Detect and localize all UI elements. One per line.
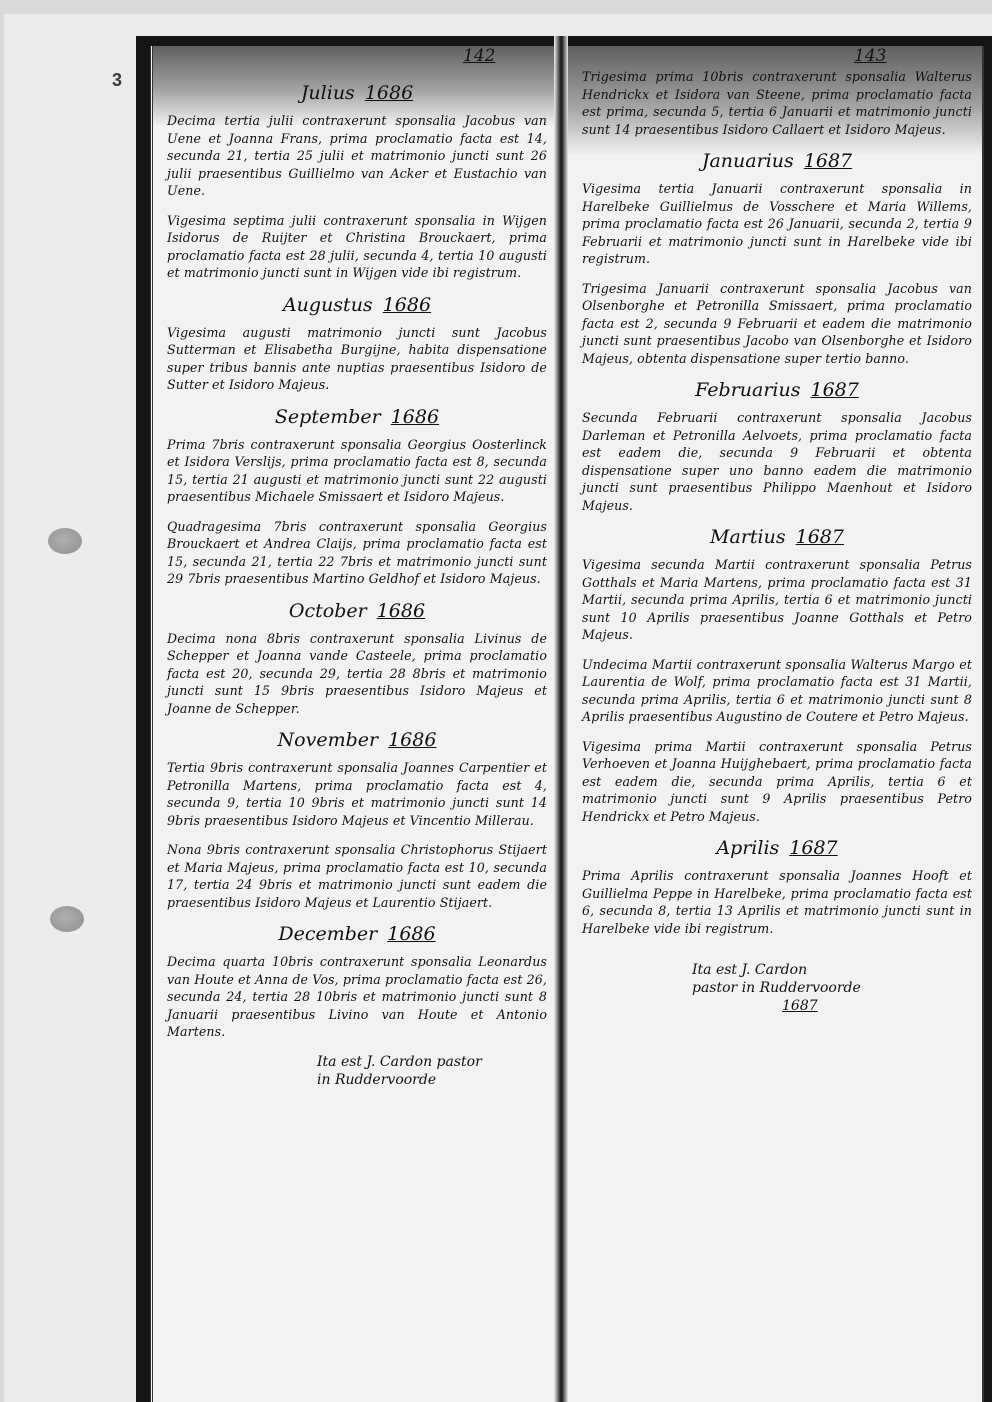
punch-hole-icon (50, 906, 84, 932)
month-heading: Aprilis1687 (582, 837, 972, 859)
month-name: Februarius (695, 379, 800, 401)
month-name: December (278, 923, 377, 945)
month-name: October (289, 600, 367, 622)
month-heading: December1686 (167, 923, 547, 945)
marriage-entry: Vigesima augusti matrimonio juncti sunt … (167, 324, 547, 394)
marriage-entry: Vigesima prima Martii contraxerunt spons… (582, 738, 972, 826)
marriage-entry: Vigesima tertia Januarii contraxerunt sp… (582, 180, 972, 268)
month-heading: October1686 (167, 600, 547, 622)
month-heading: Februarius1687 (582, 379, 972, 401)
month-year: 1686 (383, 294, 431, 316)
month-name: Aprilis (716, 837, 779, 859)
marriage-entry: Quadragesima 7bris contraxerunt sponsali… (167, 518, 547, 588)
signature-line: Ita est J. Cardon pastor (317, 1053, 547, 1071)
month-heading: Martius1687 (582, 526, 972, 548)
left-page: 142 Julius1686Decima tertia julii contra… (150, 46, 557, 1402)
pastor-signature: Ita est J. Cardon pastor in Ruddervoorde… (692, 961, 972, 1015)
month-year: 1686 (391, 406, 439, 428)
month-name: Januarius (702, 150, 794, 172)
marriage-entry: Decima quarta 10bris contraxerunt sponsa… (167, 953, 547, 1041)
folio-number: 142 (463, 46, 495, 66)
folio-number: 143 (854, 46, 886, 66)
month-year: 1687 (804, 150, 852, 172)
marriage-entry: Decima nona 8bris contraxerunt sponsalia… (167, 630, 547, 718)
marriage-entry: Secunda Februarii contraxerunt sponsalia… (582, 409, 972, 514)
pastor-signature: Ita est J. Cardon pastor in Ruddervoorde (317, 1053, 547, 1089)
book-gutter (554, 36, 568, 1402)
month-heading: September1686 (167, 406, 547, 428)
marriage-entry: Trigesima Januarii contraxerunt sponsali… (582, 280, 972, 368)
month-year: 1687 (796, 526, 844, 548)
month-year: 1687 (789, 837, 837, 859)
month-year: 1686 (387, 923, 435, 945)
marriage-entry: Decima tertia julii contraxerunt sponsal… (167, 112, 547, 200)
month-name: Augustus (283, 294, 373, 316)
marriage-entry: Nona 9bris contraxerunt sponsalia Christ… (167, 841, 547, 911)
marriage-entry: Vigesima secunda Martii contraxerunt spo… (582, 556, 972, 644)
month-year: 1686 (365, 82, 413, 104)
month-name: September (275, 406, 381, 428)
month-name: Martius (710, 526, 786, 548)
register-book: 142 Julius1686Decima tertia julii contra… (136, 36, 992, 1402)
month-heading: Augustus1686 (167, 294, 547, 316)
marriage-entry: Trigesima prima 10bris contraxerunt spon… (582, 68, 972, 138)
signature-year: 1687 (782, 997, 972, 1015)
sheet-number: 3 (112, 70, 122, 91)
marriage-entry: Prima Aprilis contraxerunt sponsalia Joa… (582, 867, 972, 937)
month-heading: Julius1686 (167, 82, 547, 104)
marriage-entry: Vigesima septima julii contraxerunt spon… (167, 212, 547, 282)
marriage-entry: Tertia 9bris contraxerunt sponsalia Joan… (167, 759, 547, 829)
month-year: 1687 (811, 379, 859, 401)
signature-line: in Ruddervoorde (317, 1071, 547, 1089)
signature-line: Ita est J. Cardon (692, 961, 972, 979)
marriage-entry: Prima 7bris contraxerunt sponsalia Georg… (167, 436, 547, 506)
month-year: 1686 (388, 729, 436, 751)
signature-line: pastor in Ruddervoorde (692, 979, 972, 997)
month-heading: November1686 (167, 729, 547, 751)
month-heading: Januarius1687 (582, 150, 972, 172)
month-name: November (278, 729, 379, 751)
month-year: 1686 (377, 600, 425, 622)
marriage-entry: Undecima Martii contraxerunt sponsalia W… (582, 656, 972, 726)
punch-hole-icon (48, 528, 82, 554)
right-page: 143 Trigesima prima 10bris contraxerunt … (568, 46, 984, 1402)
month-name: Julius (301, 82, 355, 104)
